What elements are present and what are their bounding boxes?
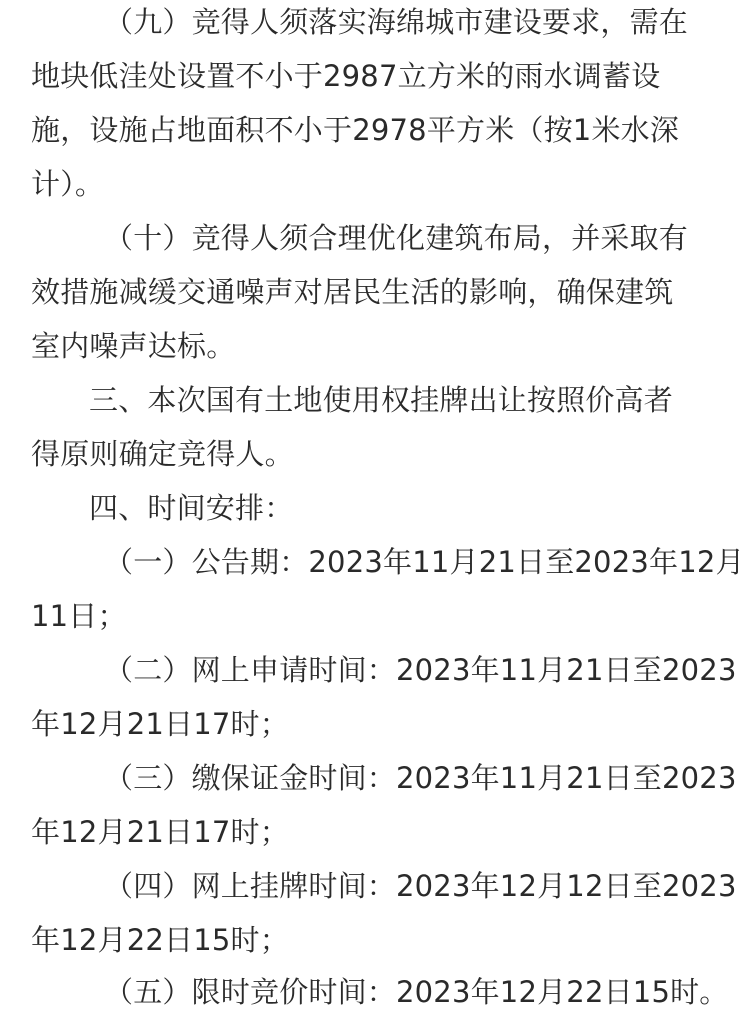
- schedule-item-5-line-1: （五）限时竞价时间：2023年12月22日15时。: [104, 972, 729, 1012]
- section-heading-schedule: 四、时间安排：: [89, 488, 293, 528]
- paragraph-item-9-line-4: 计）。: [31, 164, 104, 204]
- paragraph-item-10-line-2: 效措施减缓交通噪声对居民生活的影响，确保建筑: [31, 272, 673, 312]
- schedule-item-4-line-1: （四）网上挂牌时间：2023年12月12日至2023: [104, 866, 737, 906]
- schedule-item-1-line-1: （一）公告期：2023年11月21日至2023年12月: [104, 542, 740, 582]
- paragraph-item-9-line-2: 地块低洼处设置不小于2987立方米的雨水调蓄设: [31, 56, 660, 96]
- schedule-item-3-line-2: 年12月21日17时；: [31, 812, 289, 852]
- schedule-item-3-line-1: （三）缴保证金时间：2023年11月21日至2023: [104, 758, 737, 798]
- paragraph-item-10-line-3: 室内噪声达标。: [31, 326, 235, 366]
- paragraph-item-9-line-3: 施，设施占地面积不小于2978平方米（按1米水深: [31, 110, 679, 150]
- paragraph-item-10-line-1: （十）竞得人须合理优化建筑布局，并采取有: [104, 218, 688, 258]
- paragraph-item-9-line-1: （九）竞得人须落实海绵城市建设要求，需在: [104, 2, 688, 42]
- paragraph-section-3-line-1: 三、本次国有土地使用权挂牌出让按照价高者: [89, 380, 673, 420]
- paragraph-section-3-line-2: 得原则确定竞得人。: [31, 434, 294, 474]
- schedule-item-1-line-2: 11日；: [31, 596, 127, 636]
- schedule-item-2-line-1: （二）网上申请时间：2023年11月21日至2023: [104, 650, 737, 690]
- schedule-item-4-line-2: 年12月22日15时；: [31, 920, 289, 960]
- schedule-item-2-line-2: 年12月21日17时；: [31, 704, 289, 744]
